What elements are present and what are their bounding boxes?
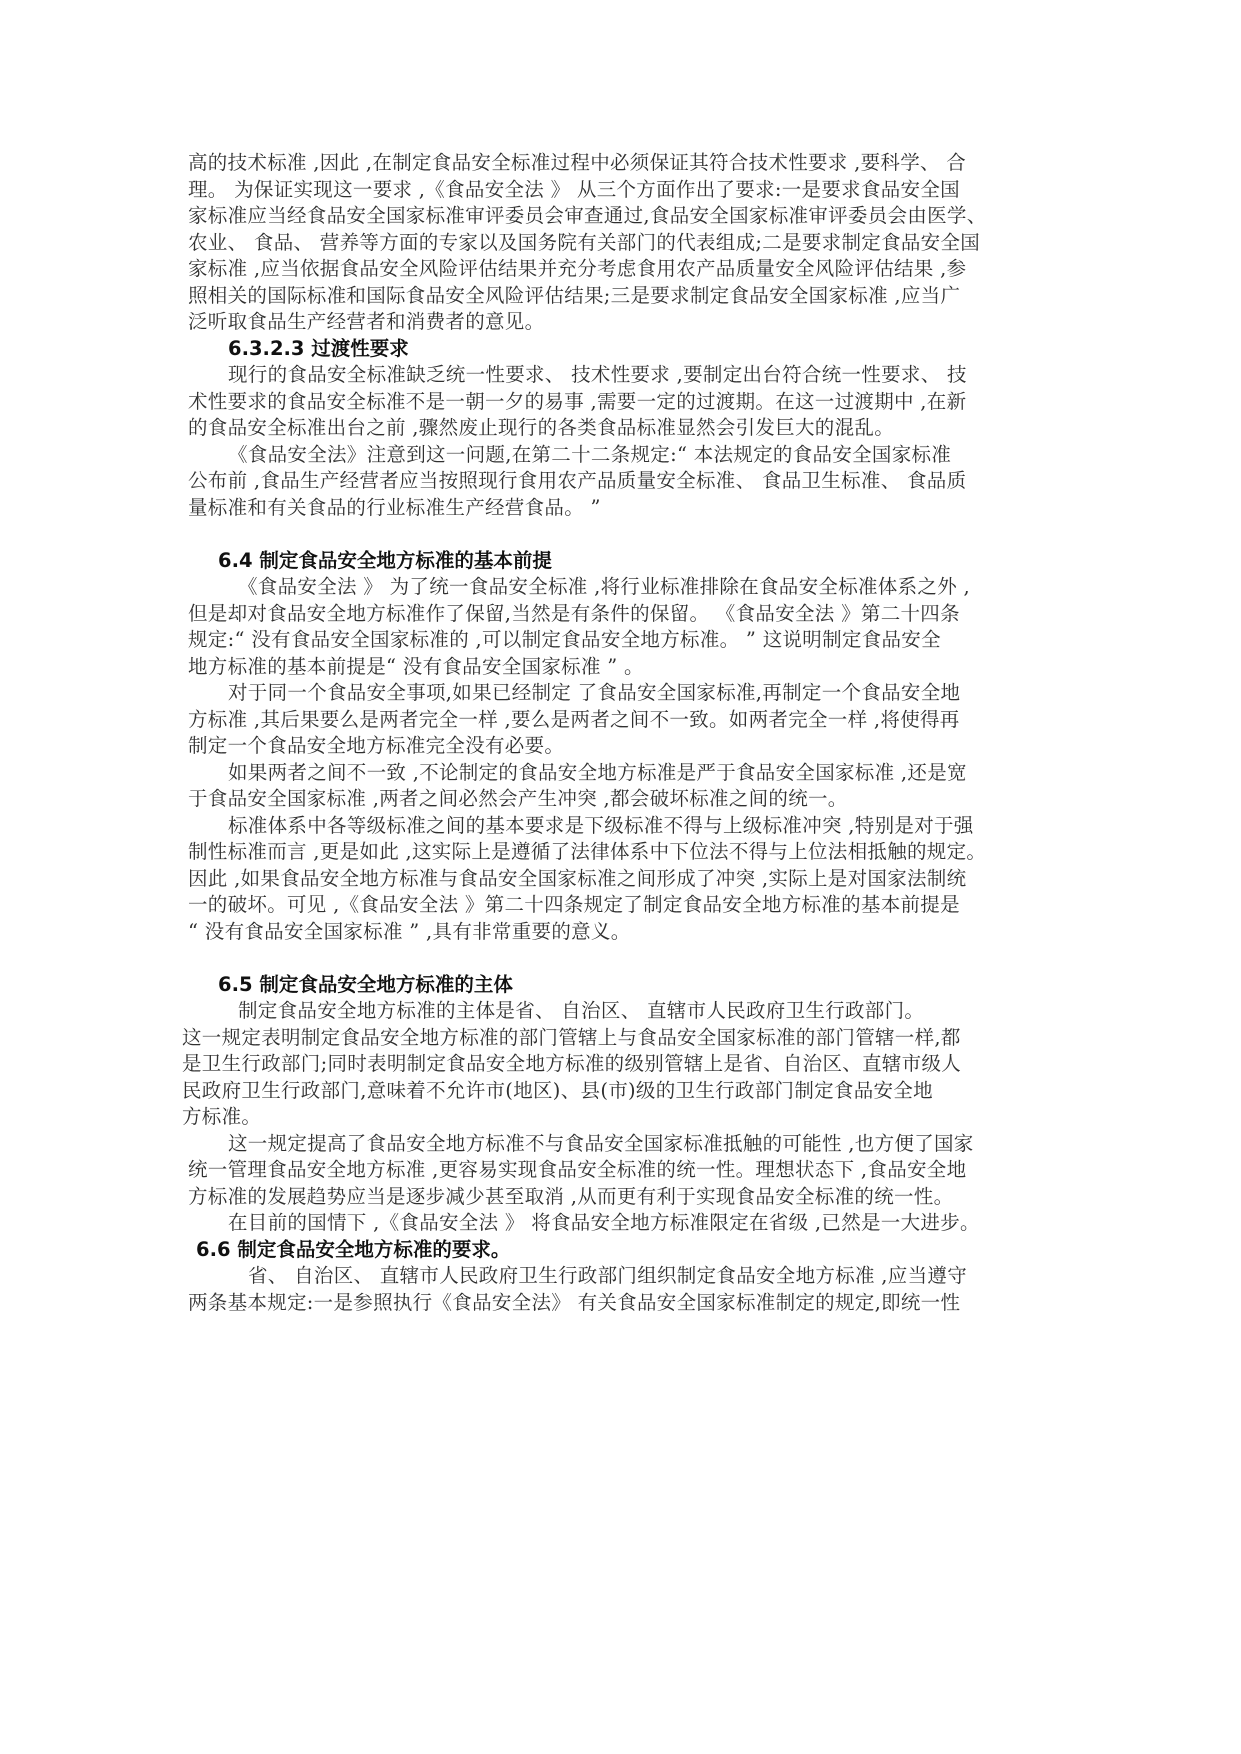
paragraph-line: 规定:“ 没有食品安全国家标准的 ,可以制定食品安全地方标准。 ” 这说明制定食… <box>188 627 941 653</box>
paragraph-line: 这一规定提高了食品安全地方标准不与食品安全国家标准抵触的可能性 ,也方便了国家 <box>228 1131 974 1157</box>
section-heading: 6.4 制定食品安全地方标准的基本前提 <box>218 548 552 574</box>
paragraph-line: 省、 自治区、 直辖市人民政府卫生行政部门组织制定食品安全地方标准 ,应当遵守 <box>248 1263 967 1289</box>
paragraph-line: 照相关的国际标准和国际食品安全风险评估结果;三是要求制定食品安全国家标准 ,应当… <box>188 283 960 309</box>
paragraph-line: 方标准。 <box>182 1104 261 1130</box>
paragraph-line: 一的破坏。可见 ,《食品安全法 》第二十四条规定了制定食品安全地方标准的基本前提… <box>188 892 960 918</box>
paragraph-line: 方标准的发展趋势应当是逐步减少甚至取消 ,从而更有利于实现食品安全标准的统一性。 <box>188 1184 953 1210</box>
paragraph-line: 泛听取食品生产经营者和消费者的意见。 <box>188 309 544 335</box>
paragraph-line: 术性要求的食品安全标准不是一朝一夕的易事 ,需要一定的过渡期。在这一过渡期中 ,… <box>188 389 966 415</box>
paragraph-line: 现行的食品安全标准缺乏统一性要求、 技术性要求 ,要制定出台符合统一性要求、 技 <box>228 362 967 388</box>
paragraph-line: 因此 ,如果食品安全地方标准与食品安全国家标准之间形成了冲突 ,实际上是对国家法… <box>188 866 966 892</box>
section-heading: 6.3.2.3 过渡性要求 <box>228 336 409 362</box>
paragraph-line: 标准体系中各等级标准之间的基本要求是下级标准不得与上级标准冲突 ,特别是对于强 <box>228 813 974 839</box>
paragraph-line: 《食品安全法》注意到这一问题,在第二十二条规定:“ 本法规定的食品安全国家标准 <box>228 442 951 468</box>
paragraph-line: “ 没有食品安全国家标准 ” ,具有非常重要的意义。 <box>188 919 631 945</box>
paragraph-line: 制定食品安全地方标准的主体是省、 自治区、 直辖市人民政府卫生行政部门。 <box>238 998 924 1024</box>
paragraph-line: 的食品安全标准出台之前 ,骤然废止现行的各类食品标准显然会引发巨大的混乱。 <box>188 415 894 441</box>
paragraph-line: 高的技术标准 ,因此 ,在制定食品安全标准过程中必须保证其符合技术性要求 ,要科… <box>188 150 966 176</box>
paragraph-line: 对于同一个食品安全事项,如果已经制定 了食品安全国家标准,再制定一个食品安全地 <box>228 680 960 706</box>
paragraph-line: 量标准和有关食品的行业标准生产经营食品。 ” <box>188 495 601 521</box>
paragraph-line: 在目前的国情下 ,《食品安全法 》 将食品安全地方标准限定在省级 ,已然是一大进… <box>228 1210 980 1236</box>
paragraph-line: 但是却对食品安全地方标准作了保留,当然是有条件的保留。 《食品安全法 》第二十四… <box>188 601 960 627</box>
paragraph-line: 两条基本规定:一是参照执行《食品安全法》 有关食品安全国家标准制定的规定,即统一… <box>188 1290 960 1316</box>
paragraph-line: 于食品安全国家标准 ,两者之间必然会产生冲突 ,都会破坏标准之间的统一。 <box>188 786 848 812</box>
section-heading: 6.5 制定食品安全地方标准的主体 <box>218 972 513 998</box>
paragraph-line: 理。 为保证实现这一要求 ,《食品安全法 》 从三个方面作出了要求:一是要求食品… <box>188 177 960 203</box>
paragraph-line: 公布前 ,食品生产经营者应当按照现行食用农产品质量安全标准、 食品卫生标准、 食… <box>188 468 966 494</box>
paragraph-line: 制定一个食品安全地方标准完全没有必要。 <box>188 733 564 759</box>
document-page: 高的技术标准 ,因此 ,在制定食品安全标准过程中必须保证其符合技术性要求 ,要科… <box>0 0 1241 1754</box>
paragraph-line: 统一管理食品安全地方标准 ,更容易实现食品安全标准的统一性。理想状态下 ,食品安… <box>188 1157 966 1183</box>
paragraph-line: 农业、 食品、 营养等方面的专家以及国务院有关部门的代表组成;二是要求制定食品安… <box>188 230 980 256</box>
paragraph-line: 是卫生行政部门;同时表明制定食品安全地方标准的级别管辖上是省、自治区、直辖市级人 <box>182 1051 961 1077</box>
section-heading: 6.6 制定食品安全地方标准的要求。 <box>196 1237 510 1263</box>
paragraph-line: 民政府卫生行政部门,意味着不允许市(地区)、县(市)级的卫生行政部门制定食品安全… <box>182 1078 933 1104</box>
paragraph-line: 方标准 ,其后果要么是两者完全一样 ,要么是两者之间不一致。如两者完全一样 ,将… <box>188 707 960 733</box>
paragraph-line: 家标准 ,应当依据食品安全风险评估结果并充分考虑食用农产品质量安全风险评估结果 … <box>188 256 966 282</box>
paragraph-line: 如果两者之间不一致 ,不论制定的食品安全地方标准是严于食品安全国家标准 ,还是宽 <box>228 760 967 786</box>
paragraph-line: 地方标准的基本前提是“ 没有食品安全国家标准 ” 。 <box>188 654 644 680</box>
paragraph-line: 《食品安全法 》 为了统一食品安全标准 ,将行业标准排除在食品安全标准体系之外 … <box>238 574 970 600</box>
paragraph-line: 这一规定表明制定食品安全地方标准的部门管辖上与食品安全国家标准的部门管辖一样,都 <box>182 1025 961 1051</box>
paragraph-line: 家标准应当经食品安全国家标准审评委员会审查通过,食品安全国家标准审评委员会由医学… <box>188 203 987 229</box>
paragraph-line: 制性标准而言 ,更是如此 ,这实际上是遵循了法律体系中下位法不得与上位法相抵触的… <box>188 839 986 865</box>
